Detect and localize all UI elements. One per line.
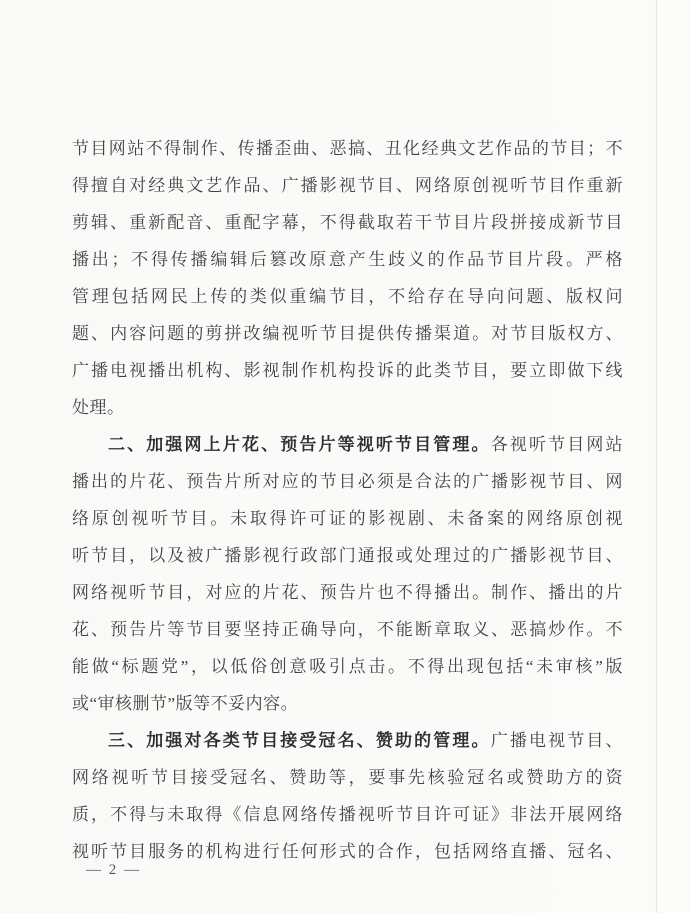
text-line: 或“审核删节”版等不妥内容。 [72,685,623,722]
text-line-content: 管理包括网民上传的类似重编节目，不给存在导向问题、版权问 [72,287,623,306]
text-line-content: 播出；不得传播编辑后篡改原意产生歧义的作品节目片段。严格 [72,250,623,269]
text-line: 节目网站不得制作、传播歪曲、恶搞、丑化经典文艺作品的节目；不 [72,130,623,167]
text-line: 质，不得与未取得《信息网络传播视听节目许可证》非法开展网络 [72,796,623,833]
text-line: 播出；不得传播编辑后篡改原意产生歧义的作品节目片段。严格 [72,241,623,278]
text-line-content: 网络视听节目接受冠名、赞助等，要事先核验冠名或赞助方的资 [72,768,623,787]
text-line-content: 质，不得与未取得《信息网络传播视听节目许可证》非法开展网络 [72,805,623,824]
text-line-content: 得擅自对经典文艺作品、广播影视节目、网络原创视听节目作重新 [72,176,623,195]
text-line-content: 网络视听节目，对应的片花、预告片也不得播出。制作、播出的片 [72,583,623,602]
text-line: 花、预告片等节目要坚持正确导向，不能断章取义、恶搞炒作。不 [72,611,623,648]
text-line: 剪辑、重新配音、重配字幕，不得截取若干节目片段拼接成新节目 [72,204,623,241]
text-line: 广播电视播出机构、影视制作机构投诉的此类节目，要立即做下线 [72,352,623,389]
text-line: 网络视听节目接受冠名、赞助等，要事先核验冠名或赞助方的资 [72,759,623,796]
text-line-content: 节目网站不得制作、传播歪曲、恶搞、丑化经典文艺作品的节目；不 [72,139,623,158]
text-line: 络原创视听节目。未取得许可证的影视剧、未备案的网络原创视 [72,500,623,537]
text-line: 二、加强网上片花、预告片等视听节目管理。各视听节目网站 [72,426,623,463]
document-body: 节目网站不得制作、传播歪曲、恶搞、丑化经典文艺作品的节目；不 得擅自对经典文艺作… [72,130,623,870]
scan-edge-line [656,0,657,913]
text-line-content: 题、内容问题的剪拼改编视听节目提供传播渠道。对节目版权方、 [72,324,623,343]
text-line-content: 广播电视播出机构、影视制作机构投诉的此类节目，要立即做下线 [72,361,623,380]
section-3-heading: 三、加强对各类节目接受冠名、赞助的管理。 [108,731,491,750]
text-line-content: 剪辑、重新配音、重配字幕，不得截取若干节目片段拼接成新节目 [72,213,623,232]
text-line: 管理包括网民上传的类似重编节目，不给存在导向问题、版权问 [72,278,623,315]
document-page: 节目网站不得制作、传播歪曲、恶搞、丑化经典文艺作品的节目；不 得擅自对经典文艺作… [0,0,690,913]
text-line: 三、加强对各类节目接受冠名、赞助的管理。广播电视节目、 [72,722,623,759]
text-line-content: 处理。 [72,398,125,417]
page-number: — 2 — [86,860,141,880]
text-line-content: 广播电视节目、 [491,731,623,750]
text-line-content: 或“审核删节”版等不妥内容。 [72,694,298,713]
text-line: 听节目，以及被广播影视行政部门通报或处理过的广播影视节目、 [72,537,623,574]
text-line-content: 络原创视听节目。未取得许可证的影视剧、未备案的网络原创视 [72,509,623,528]
scan-right-strip [657,0,690,913]
text-line: 处理。 [72,389,623,426]
text-line: 网络视听节目，对应的片花、预告片也不得播出。制作、播出的片 [72,574,623,611]
text-line-content: 能做“标题党”，以低俗创意吸引点击。不得出现包括“未审核”版 [72,657,623,676]
text-line-content: 播出的片花、预告片所对应的节目必须是合法的广播影视节目、网 [72,472,623,491]
text-line: 能做“标题党”，以低俗创意吸引点击。不得出现包括“未审核”版 [72,648,623,685]
text-line: 题、内容问题的剪拼改编视听节目提供传播渠道。对节目版权方、 [72,315,623,352]
text-line-content: 各视听节目网站 [491,435,623,454]
text-line: 得擅自对经典文艺作品、广播影视节目、网络原创视听节目作重新 [72,167,623,204]
text-line: 播出的片花、预告片所对应的节目必须是合法的广播影视节目、网 [72,463,623,500]
text-line-content: 听节目，以及被广播影视行政部门通报或处理过的广播影视节目、 [72,546,623,565]
text-line-content: 花、预告片等节目要坚持正确导向，不能断章取义、恶搞炒作。不 [72,620,623,639]
text-line-content: 视听节目服务的机构进行任何形式的合作，包括网络直播、冠名、 [72,842,623,861]
section-2-heading: 二、加强网上片花、预告片等视听节目管理。 [108,435,491,454]
text-line: 视听节目服务的机构进行任何形式的合作，包括网络直播、冠名、 [72,833,623,870]
